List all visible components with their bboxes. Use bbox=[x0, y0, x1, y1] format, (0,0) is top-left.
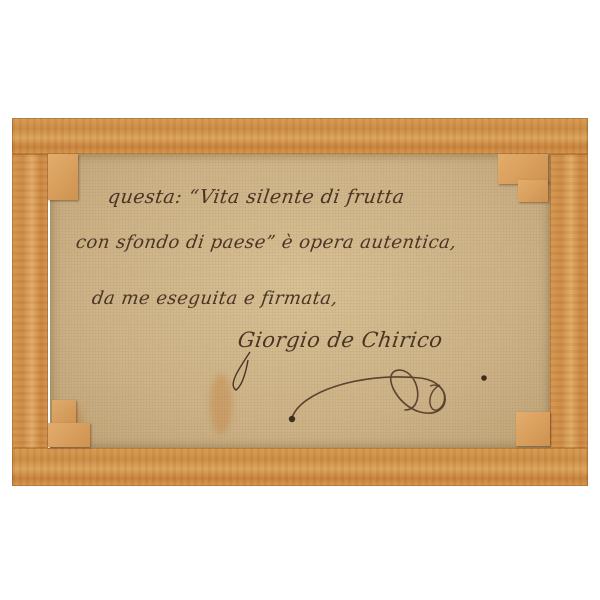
inscription-line-2: con sfondo di paese” è opera autentica, bbox=[75, 232, 459, 253]
frame-bottom-bar bbox=[12, 448, 588, 486]
frame-right-bar bbox=[550, 154, 588, 448]
frame-top-bar bbox=[12, 118, 588, 154]
signature: Giorgio de Chirico bbox=[236, 328, 444, 352]
corner-key-bottom-left bbox=[48, 423, 90, 447]
stain bbox=[210, 374, 232, 434]
frame-left-bar bbox=[12, 154, 48, 448]
corner-key-bottom-right bbox=[516, 412, 550, 446]
inscription-line-3: da me eseguita e firmata, bbox=[91, 288, 340, 309]
corner-key-top-left bbox=[48, 154, 78, 200]
inscription-line-1: questa: “Vita silente di frutta bbox=[106, 186, 406, 208]
corner-key-top-right-2 bbox=[518, 180, 548, 202]
